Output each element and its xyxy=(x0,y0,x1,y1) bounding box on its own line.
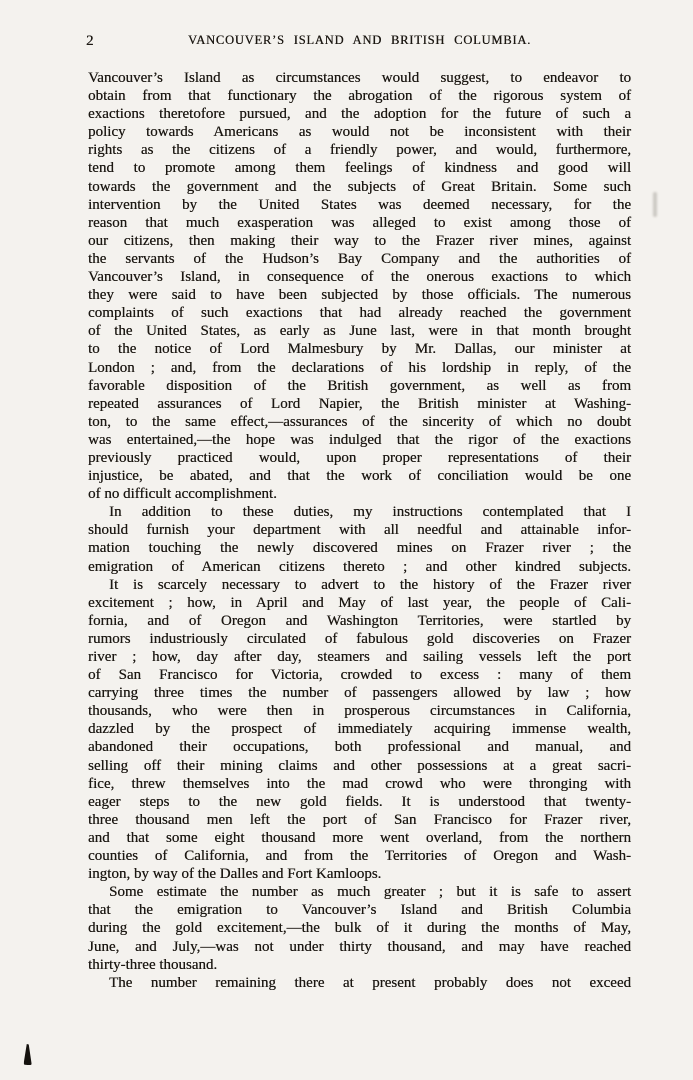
text-line: ington, by way of the Dalles and Fort Ka… xyxy=(88,865,631,883)
text-line: of San Francisco for Victoria, crowded t… xyxy=(88,666,631,684)
text-line: intervention by the United States was de… xyxy=(88,196,631,214)
text-line: our citizens, then making their way to t… xyxy=(88,232,631,250)
running-title: VANCOUVER’S ISLAND AND BRITISH COLUMBIA. xyxy=(88,33,631,48)
text-line: In addition to these duties, my instruct… xyxy=(88,503,631,521)
text-line: fice, threw themselves into the mad crow… xyxy=(88,775,631,793)
text-line: reason that much exasperation was allege… xyxy=(88,214,631,232)
text-line: London ; and, from the declarations of h… xyxy=(88,359,631,377)
page-header: 2 VANCOUVER’S ISLAND AND BRITISH COLUMBI… xyxy=(88,33,631,51)
text-line: should furnish your department with all … xyxy=(88,521,631,539)
text-line: fornia, and of Oregon and Washington Ter… xyxy=(88,612,631,630)
text-line: eager steps to the new gold fields. It i… xyxy=(88,793,631,811)
text-line: of the United States, as early as June l… xyxy=(88,322,631,340)
text-line: counties of California, and from the Ter… xyxy=(88,847,631,865)
text-line: rights as the citizens of a friendly pow… xyxy=(88,141,631,159)
text-line: towards the government and the subjects … xyxy=(88,178,631,196)
text-line: selling off their mining claims and othe… xyxy=(88,757,631,775)
text-line: abandoned their occupations, both profes… xyxy=(88,738,631,756)
scan-smudge-artifact xyxy=(653,192,657,217)
text-line: previously practiced would, upon proper … xyxy=(88,449,631,467)
book-page: 2 VANCOUVER’S ISLAND AND BRITISH COLUMBI… xyxy=(0,0,693,1080)
text-line: thirty-three thousand. xyxy=(88,956,631,974)
text-line: It is scarcely necessary to advert to th… xyxy=(88,576,631,594)
text-line: thousands, who were then in prosperous c… xyxy=(88,702,631,720)
page-number: 2 xyxy=(86,33,94,50)
text-line: ton, to the same effect,—assurances of t… xyxy=(88,413,631,431)
text-line: Vancouver’s Island as circumstances woul… xyxy=(88,69,631,87)
text-line: Some estimate the number as much greater… xyxy=(88,883,631,901)
text-line: rumors industriously circulated of fabul… xyxy=(88,630,631,648)
text-line: June, and July,—was not under thirty tho… xyxy=(88,938,631,956)
text-line: excitement ; how, in April and May of la… xyxy=(88,594,631,612)
text-line: policy towards Americans as would not be… xyxy=(88,123,631,141)
text-line: dazzled by the prospect of immediately a… xyxy=(88,720,631,738)
text-line: mation touching the newly discovered min… xyxy=(88,539,631,557)
ink-blot-artifact xyxy=(24,1044,33,1065)
text-line: was entertained,—the hope was indulged t… xyxy=(88,431,631,449)
text-line: three thousand men left the port of San … xyxy=(88,811,631,829)
text-line: and that some eight thousand more went o… xyxy=(88,829,631,847)
text-line: tend to promote among them feelings of k… xyxy=(88,159,631,177)
text-line: the servants of the Hudson’s Bay Company… xyxy=(88,250,631,268)
text-line: injustice, be abated, and that the work … xyxy=(88,467,631,485)
text-line: river ; how, day after day, steamers and… xyxy=(88,648,631,666)
text-line: of no difficult accomplishment. xyxy=(88,485,631,503)
text-line: emigration of American citizens thereto … xyxy=(88,558,631,576)
text-line: during the gold excitement,—the bulk of … xyxy=(88,919,631,937)
text-line: exactions theretofore pursued, and the a… xyxy=(88,105,631,123)
text-line: to the notice of Lord Malmesbury by Mr. … xyxy=(88,340,631,358)
text-line: repeated assurances of Lord Napier, the … xyxy=(88,395,631,413)
text-line: Vancouver’s Island, in consequence of th… xyxy=(88,268,631,286)
text-line: favorable disposition of the British gov… xyxy=(88,377,631,395)
text-line: The number remaining there at present pr… xyxy=(88,974,631,992)
text-line: that the emigration to Vancouver’s Islan… xyxy=(88,901,631,919)
text-line: carrying three times the number of passe… xyxy=(88,684,631,702)
text-line: complaints of such exactions that had al… xyxy=(88,304,631,322)
text-line: they were said to have been subjected by… xyxy=(88,286,631,304)
text-line: obtain from that functionary the abrogat… xyxy=(88,87,631,105)
page-body: Vancouver’s Island as circumstances woul… xyxy=(88,69,631,992)
